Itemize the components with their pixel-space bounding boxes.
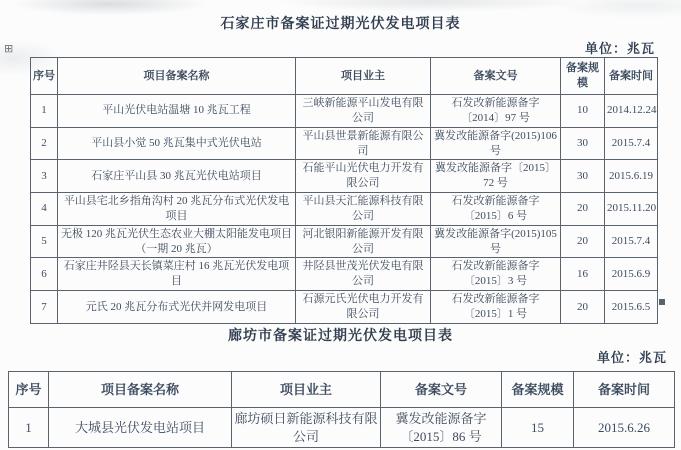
cell-project-name: 无极 120 兆瓦光伏生态农业大棚太阳能发电项目（一期 20 兆瓦） xyxy=(58,225,296,258)
document-page: 石家庄市备案证过期光伏发电项目表 单位：兆瓦 ⊞ 序号 项目备案名称 项目业主 … xyxy=(0,0,681,450)
col-header-project-name: 项目备案名称 xyxy=(49,372,232,408)
cell-project-name: 石家庄井陉县天长镇菜庄村 16 兆瓦光伏发电项目 xyxy=(58,258,296,291)
table-row: 1 平山光伏电站温塘 10 兆瓦工程 三峡新能源平山发电有限公司 石发改新能源备… xyxy=(31,95,658,128)
cell-doc-number: 石发改新能源备字〔2015〕3 号 xyxy=(431,258,561,291)
col-header-seq: 序号 xyxy=(9,372,49,408)
cell-owner: 石源元氏光伏电力开发有限公司 xyxy=(296,291,431,324)
cell-date: 2014.12.24 xyxy=(605,95,658,128)
table-row: 4 平山县宅北乡指角沟村 20 兆瓦分布式光伏发电项目 平山县天汇能源科技有限公… xyxy=(31,193,658,226)
cell-scale: 20 xyxy=(561,291,605,324)
cell-scale: 16 xyxy=(561,258,605,291)
cell-owner: 三峡新能源平山发电有限公司 xyxy=(296,95,431,128)
cell-owner: 石能平山光伏电力开发有限公司 xyxy=(296,160,431,193)
cell-doc-number: 冀发改能源备字(2015)106 号 xyxy=(431,127,561,160)
col-header-scale: 备案规模 xyxy=(502,372,574,408)
cell-seq: 4 xyxy=(31,193,58,226)
cell-doc-number: 冀发改能源备字〔2015〕72 号 xyxy=(431,160,561,193)
table1-unit-label: 单位：兆瓦 xyxy=(585,38,655,57)
cell-seq: 1 xyxy=(31,95,58,128)
cell-date: 2015.7.4 xyxy=(605,225,658,258)
cell-date: 2015.6.9 xyxy=(605,258,658,291)
col-header-project-name: 项目备案名称 xyxy=(58,58,296,95)
cell-date: 2015.6.19 xyxy=(605,160,658,193)
table-row: 6 石家庄井陉县天长镇菜庄村 16 兆瓦光伏发电项目 井陉县世茂光伏发电有限公司… xyxy=(31,258,658,291)
cell-project-name: 平山县小觉 50 兆瓦集中式光伏电站 xyxy=(58,127,296,160)
table2-unit-label: 单位：兆瓦 xyxy=(597,347,667,366)
cell-project-name: 元氏 20 兆瓦分布式光伏并网发电项目 xyxy=(58,291,296,324)
cell-seq: 6 xyxy=(31,258,58,291)
cell-doc-number: 石发改新能源备字〔2015〕1 号 xyxy=(431,291,561,324)
cell-project-name: 平山光伏电站温塘 10 兆瓦工程 xyxy=(58,95,296,128)
col-header-scale: 备案规模 xyxy=(561,58,605,95)
cell-scale: 20 xyxy=(561,225,605,258)
cell-date: 2015.11.20 xyxy=(605,193,658,226)
cell-date: 2015.6.5 xyxy=(605,291,658,324)
col-header-date: 备案时间 xyxy=(574,372,675,408)
cell-doc-number: 冀发改能源备字(2015)105 号 xyxy=(431,225,561,258)
table2-title: 廊坊市备案证过期光伏发电项目表 xyxy=(0,325,681,345)
col-header-seq: 序号 xyxy=(31,58,58,95)
cell-project-name: 石家庄平山县 30 兆瓦光伏电站项目 xyxy=(58,160,296,193)
shijiazhuang-project-table: 序号 项目备案名称 项目业主 备案文号 备案规模 备案时间 1 平山光伏电站温塘… xyxy=(30,57,658,324)
col-header-date: 备案时间 xyxy=(605,58,658,95)
col-header-doc-number: 备案文号 xyxy=(431,58,561,95)
cell-date: 2015.7.4 xyxy=(605,127,658,160)
cell-scale: 30 xyxy=(561,127,605,160)
table-row: 2 平山县小觉 50 兆瓦集中式光伏电站 平山县世景新能源有限公司 冀发改能源备… xyxy=(31,127,658,160)
col-header-owner: 项目业主 xyxy=(232,372,381,408)
cell-doc-number: 冀发改能源备字〔2015〕86 号 xyxy=(381,408,502,448)
table1-title: 石家庄市备案证过期光伏发电项目表 xyxy=(0,13,681,33)
cell-owner: 井陉县世茂光伏发电有限公司 xyxy=(296,258,431,291)
header-row: 序号 项目备案名称 项目业主 备案文号 备案规模 备案时间 xyxy=(31,58,658,95)
table-row: 3 石家庄平山县 30 兆瓦光伏电站项目 石能平山光伏电力开发有限公司 冀发改能… xyxy=(31,160,658,193)
cell-scale: 30 xyxy=(561,160,605,193)
cell-owner: 平山县天汇能源科技有限公司 xyxy=(296,193,431,226)
cell-date: 2015.6.26 xyxy=(574,408,675,448)
cell-project-name: 平山县宅北乡指角沟村 20 兆瓦分布式光伏发电项目 xyxy=(58,193,296,226)
cell-seq: 5 xyxy=(31,225,58,258)
cell-scale: 15 xyxy=(502,408,574,448)
cell-doc-number: 石发改新能源备字〔2015〕6 号 xyxy=(431,193,561,226)
table-move-handle-icon: ⊞ xyxy=(4,43,13,54)
cell-owner: 平山县世景新能源有限公司 xyxy=(296,127,431,160)
langfang-project-table: 序号 项目备案名称 项目业主 备案文号 备案规模 备案时间 1 大城县光伏发电站… xyxy=(8,371,675,448)
cell-seq: 1 xyxy=(9,408,49,448)
col-header-owner: 项目业主 xyxy=(296,58,431,95)
cell-doc-number: 石发改新能源备字〔2014〕97 号 xyxy=(431,95,561,128)
table-resize-handle xyxy=(659,299,665,305)
table-row: 1 大城县光伏发电站项目 廊坊硕日新能源科技有限公司 冀发改能源备字〔2015〕… xyxy=(9,408,675,448)
cell-seq: 2 xyxy=(31,127,58,160)
cell-project-name: 大城县光伏发电站项目 xyxy=(49,408,232,448)
header-row: 序号 项目备案名称 项目业主 备案文号 备案规模 备案时间 xyxy=(9,372,675,408)
cell-seq: 7 xyxy=(31,291,58,324)
col-header-doc-number: 备案文号 xyxy=(381,372,502,408)
cell-owner: 河北银阳新能源开发有限公司 xyxy=(296,225,431,258)
cell-seq: 3 xyxy=(31,160,58,193)
table-row: 5 无极 120 兆瓦光伏生态农业大棚太阳能发电项目（一期 20 兆瓦） 河北银… xyxy=(31,225,658,258)
cell-scale: 20 xyxy=(561,193,605,226)
cell-owner: 廊坊硕日新能源科技有限公司 xyxy=(232,408,381,448)
cell-scale: 10 xyxy=(561,95,605,128)
table-row: 7 元氏 20 兆瓦分布式光伏并网发电项目 石源元氏光伏电力开发有限公司 石发改… xyxy=(31,291,658,324)
